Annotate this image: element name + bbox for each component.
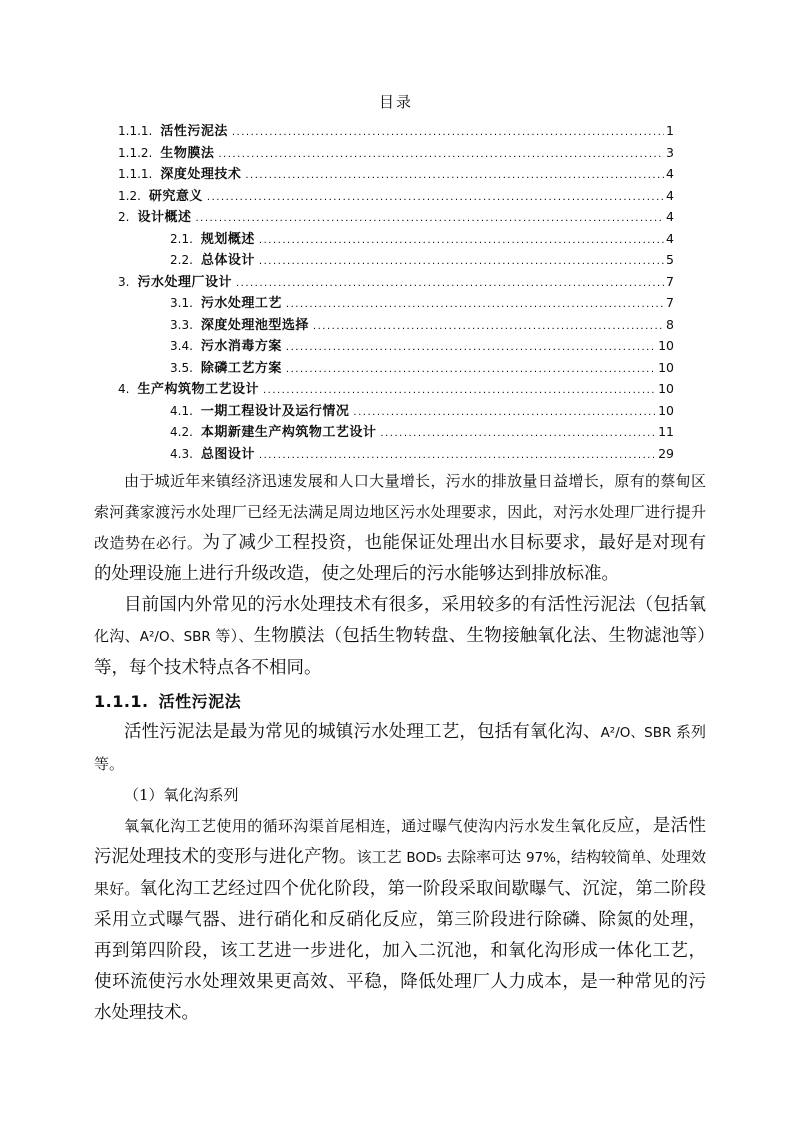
toc-leader-dots: ........................................… <box>263 385 656 396</box>
toc-entry-page: 3 <box>666 145 674 160</box>
toc-entry[interactable]: 3.3.深度处理池型选择............................… <box>118 314 674 336</box>
toc-entry[interactable]: 2.2.总体设计................................… <box>118 249 674 271</box>
toc-entry[interactable]: 3.5.除磷工艺方案..............................… <box>118 357 674 379</box>
toc-entry-number: 4. <box>118 382 129 396</box>
toc-entry-label: 深度处理技术 <box>160 163 241 182</box>
paragraph: 活性污泥法是最为常见的城镇污水处理工艺，包括有氧化沟、A²/O、SBR 系列等。 <box>94 717 706 780</box>
text-run: 目前国内外常见的污水处理技术有很多，采用较多的有活性污泥法（包括氧 <box>124 595 706 615</box>
toc-entry[interactable]: 4.2.本期新建生产构筑物工艺设计.......................… <box>118 421 674 443</box>
toc-leader-dots: ........................................… <box>195 213 664 224</box>
text-run: A²/O、SBR <box>601 725 676 741</box>
toc-entry[interactable]: 3.1.污水处理工艺..............................… <box>118 292 674 314</box>
toc-list: 1.1.1.活性污泥法.............................… <box>118 120 674 464</box>
section-heading-label: 活性污泥法 <box>159 692 242 711</box>
toc-entry-page: 4 <box>666 188 674 203</box>
toc-entry-page: 7 <box>666 274 674 289</box>
text-run: BOD₅ <box>406 850 446 866</box>
toc-entry-number: 3.4. <box>170 339 193 353</box>
toc-entry-page: 7 <box>666 295 674 310</box>
toc-entry[interactable]: 4.生产构筑物工艺设计.............................… <box>118 378 674 400</box>
toc-entry[interactable]: 1.1.1.深度处理技术............................… <box>118 163 674 185</box>
text-run: 97% <box>526 850 556 866</box>
toc-leader-dots: ........................................… <box>286 364 656 375</box>
text-run: 氧氧化沟工艺使用的循环沟渠首尾相连，通过曝气使沟内污水发生氧化反 <box>124 817 617 835</box>
toc-entry-number: 4.1. <box>170 404 193 418</box>
toc-leader-dots: ........................................… <box>259 235 664 246</box>
toc-entry[interactable]: 4.1.一期工程设计及运行情况.........................… <box>118 400 674 422</box>
toc-entry[interactable]: 3.4.污水消毒方案..............................… <box>118 335 674 357</box>
toc-entry-number: 4.2. <box>170 425 193 439</box>
toc-entry-page: 8 <box>666 317 674 332</box>
toc-entry-number: 1.1.2. <box>118 146 152 160</box>
toc-entry-number: 3.1. <box>170 296 193 310</box>
toc-entry-page: 5 <box>666 252 674 267</box>
toc-entry-page: 1 <box>666 123 674 138</box>
section-heading: 1.1.1.活性污泥法 <box>94 686 706 717</box>
toc-entry-label: 污水处理厂设计 <box>137 271 232 290</box>
toc-entry[interactable]: 4.3.总图设计................................… <box>118 443 674 465</box>
toc-entry-page: 10 <box>658 403 674 418</box>
toc-title: 目录 <box>118 90 674 115</box>
toc-entry[interactable]: 2.1.规划概述................................… <box>118 228 674 250</box>
toc-leader-dots: ........................................… <box>286 342 656 353</box>
text-run: A²/O、SBR <box>140 629 216 645</box>
toc-leader-dots: ........................................… <box>380 428 656 439</box>
text-run: 等）、 <box>215 627 253 645</box>
toc-entry-label: 研究意义 <box>149 185 203 204</box>
toc-entry[interactable]: 2.设计概述..................................… <box>118 206 674 228</box>
toc-entry-number: 3.5. <box>170 361 193 375</box>
toc-entry-number: 2.1. <box>170 232 193 246</box>
toc-entry-page: 29 <box>658 446 674 461</box>
text-run: 活性污泥法是最为常见的城镇污水处理工艺，包括有氧化沟、 <box>124 722 601 742</box>
text-run: 去除率可达 <box>446 848 526 866</box>
toc-entry-page: 10 <box>658 360 674 375</box>
toc-entry-number: 4.3. <box>170 447 193 461</box>
toc-entry-number: 3. <box>118 275 129 289</box>
toc-entry-number: 2. <box>118 210 129 224</box>
toc-entry-label: 总图设计 <box>201 443 255 462</box>
toc-entry-number: 1.1.1. <box>118 124 152 138</box>
toc-entry-label: 污水处理工艺 <box>201 292 282 311</box>
toc-leader-dots: ........................................… <box>207 192 664 203</box>
text-run: 该工艺 <box>357 848 407 866</box>
toc-leader-dots: ........................................… <box>232 127 664 138</box>
toc-leader-dots: ........................................… <box>245 170 664 181</box>
toc-entry-number: 1.2. <box>118 189 141 203</box>
toc-entry-label: 污水消毒方案 <box>201 335 282 354</box>
paragraph: （1）氧化沟系列 <box>94 780 706 811</box>
toc-entry-page: 4 <box>666 166 674 181</box>
toc-entry[interactable]: 1.1.2.生物膜法..............................… <box>118 142 674 164</box>
document-page: 目录 1.1.1.活性污泥法..........................… <box>0 0 793 1122</box>
toc-entry-label: 一期工程设计及运行情况 <box>201 400 350 419</box>
toc-leader-dots: ........................................… <box>259 450 656 461</box>
toc-leader-dots: ........................................… <box>286 299 664 310</box>
toc-leader-dots: ........................................… <box>313 321 664 332</box>
toc-entry-page: 4 <box>666 209 674 224</box>
toc-entry-number: 3.3. <box>170 318 193 332</box>
toc-entry-label: 深度处理池型选择 <box>201 314 309 333</box>
toc-entry[interactable]: 1.2.研究意义................................… <box>118 185 674 207</box>
toc-entry-label: 生物膜法 <box>160 142 214 161</box>
toc-entry-label: 活性污泥法 <box>160 120 228 139</box>
text-run: 化沟、 <box>94 627 140 645</box>
table-of-contents: 目录 1.1.1.活性污泥法..........................… <box>118 90 674 464</box>
toc-entry-page: 11 <box>658 424 674 439</box>
toc-leader-dots: ........................................… <box>259 256 664 267</box>
toc-leader-dots: ........................................… <box>353 407 656 418</box>
toc-entry-number: 1.1.1. <box>118 167 152 181</box>
document-body: 由于城近年来镇经济迅速发展和人口大量增长，污水的排放量日益增长，原有的蔡甸区索河… <box>94 466 706 1029</box>
toc-entry-label: 总体设计 <box>201 249 255 268</box>
toc-entry-label: 规划概述 <box>201 228 255 247</box>
toc-leader-dots: ........................................… <box>218 149 664 160</box>
toc-entry[interactable]: 1.1.1.活性污泥法.............................… <box>118 120 674 142</box>
toc-leader-dots: ........................................… <box>236 278 664 289</box>
toc-entry-number: 2.2. <box>170 253 193 267</box>
text-run: （1）氧化沟系列 <box>124 786 239 804</box>
toc-entry[interactable]: 3.污水处理厂设计...............................… <box>118 271 674 293</box>
toc-entry-page: 4 <box>666 231 674 246</box>
text-run: 氧化沟工艺经过四个优化阶段，第一阶段采取间歇曝气、沉淀，第二阶段采用立式曝气器、… <box>94 879 706 1023</box>
toc-entry-label: 本期新建生产构筑物工艺设计 <box>201 421 377 440</box>
toc-entry-page: 10 <box>658 381 674 396</box>
toc-entry-label: 生产构筑物工艺设计 <box>137 378 259 397</box>
paragraph: 氧氧化沟工艺使用的循环沟渠首尾相连，通过曝气使沟内污水发生氧化反应，是活性污泥处… <box>94 811 706 1029</box>
section-heading-number: 1.1.1. <box>94 692 149 711</box>
toc-entry-label: 设计概述 <box>137 206 191 225</box>
paragraph: 由于城近年来镇经济迅速发展和人口大量增长，污水的排放量日益增长，原有的蔡甸区索河… <box>94 466 706 590</box>
toc-entry-page: 10 <box>658 338 674 353</box>
toc-entry-label: 除磷工艺方案 <box>201 357 282 376</box>
paragraph: 目前国内外常见的污水处理技术有很多，采用较多的有活性污泥法（包括氧化沟、A²/O… <box>94 590 706 684</box>
